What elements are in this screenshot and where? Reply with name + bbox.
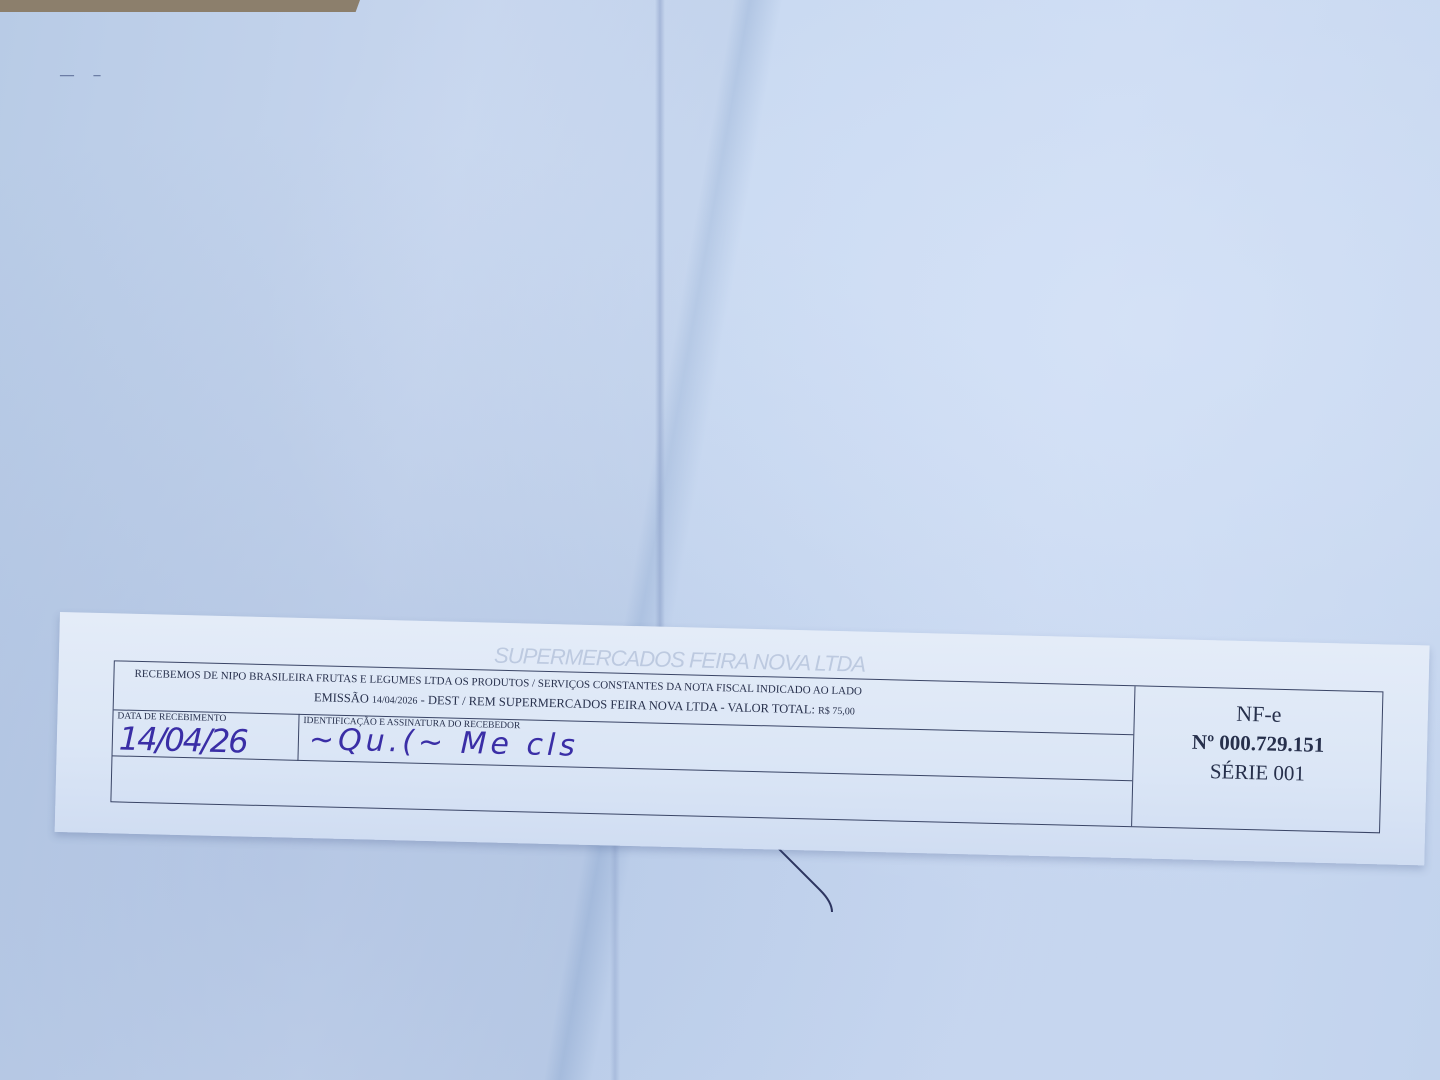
total-label: VALOR TOTAL:	[727, 700, 815, 716]
nfe-title: NF-e	[1135, 698, 1384, 730]
total-value: R$ 75,00	[818, 706, 855, 718]
dest-rem-value: SUPERMERCADOS FEIRA NOVA LTDA	[499, 695, 718, 714]
nfe-info-box: NF-e Nº 000.729.151 SÉRIE 001	[1131, 686, 1383, 832]
nfe-serie: SÉRIE 001	[1133, 757, 1382, 788]
emission-date: 14/04/2026	[372, 695, 418, 707]
paper-fold-line	[655, 0, 665, 640]
receipt-table: RECEBEMOS DE NIPO BRASILEIRA FRUTAS E LE…	[110, 660, 1383, 833]
paper-fold-line-bottom	[610, 840, 620, 1080]
nfe-number: Nº 000.729.151	[1134, 728, 1383, 759]
emission-label: EMISSÃO	[314, 690, 369, 705]
recipient-signature: ~Qu.(~ Me cls	[309, 722, 580, 764]
paper-background	[0, 0, 1440, 1080]
receipt-stub: SUPERMERCADOS FEIRA NOVA LTDA RECEBEMOS …	[55, 612, 1430, 865]
dest-rem-label: DEST / REM	[428, 693, 496, 709]
receipt-date-value: 14/04/26	[118, 719, 247, 760]
ink-marks: — –	[60, 68, 109, 84]
receipt-date-field: DATA DE RECEBIMENTO 14/04/26	[112, 709, 299, 761]
